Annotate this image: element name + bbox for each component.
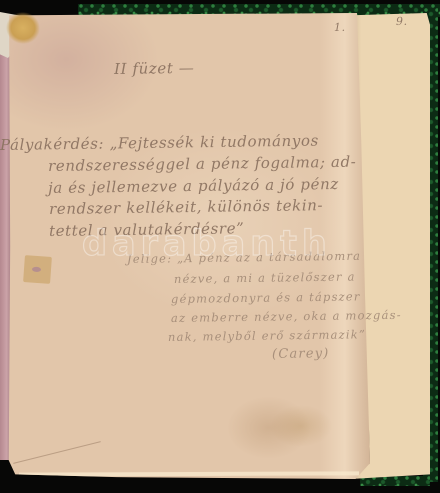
- page-number: 1.: [334, 21, 346, 34]
- tape-stain: [4, 10, 42, 46]
- round-stain: [270, 405, 332, 447]
- underpage-number: 9.: [396, 15, 408, 28]
- manuscript-photo: 9. 1. II füzet — Pályakérdés: „Fejtessék…: [0, 0, 440, 493]
- motto-attribution: (Carey): [272, 346, 330, 362]
- heading-line: II füzet —: [114, 59, 195, 78]
- manuscript-line: rendszer kellékeit, különös tekin-: [49, 196, 323, 218]
- motto-line: nak, melyből erő származik”: [168, 327, 366, 344]
- motto-line: nézve, a mi a tüzelőszer a: [174, 269, 356, 286]
- darabanth-watermark: darabanth: [82, 224, 332, 264]
- square-stain: [23, 255, 52, 284]
- motto-line: gépmozdonyra és a tápszer: [171, 289, 361, 306]
